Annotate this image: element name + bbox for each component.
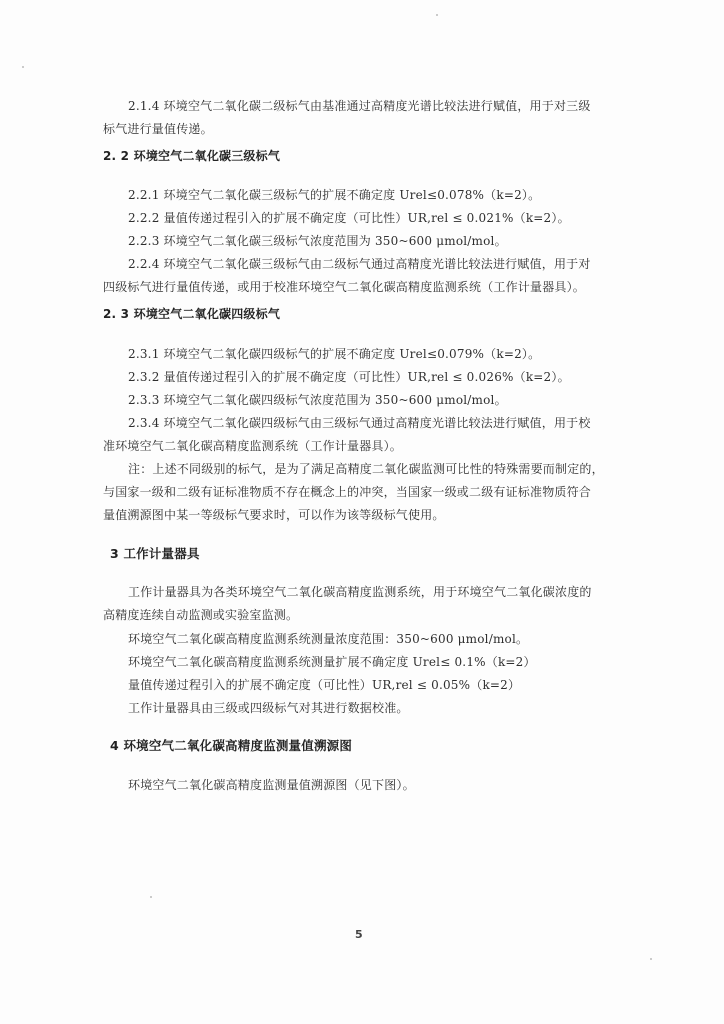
- paragraph-2-3-4-line-1: 2.3.4 环境空气二氧化碳四级标气由三级标气通过高精度光谱比较法进行赋值，用于…: [128, 415, 638, 431]
- paragraph-2-3-1: 2.3.1 环境空气二氧化碳四级标气的扩展不确定度 Urel≤0.079%（k=…: [128, 346, 638, 362]
- scan-speck: [436, 14, 438, 16]
- paragraph-2-3-3: 2.3.3 环境空气二氧化碳四级标气浓度范围为 350~600 μmol/mol…: [128, 392, 638, 408]
- page-number: 5: [355, 928, 363, 941]
- paragraph-2-2-3: 2.2.3 环境空气二氧化碳三级标气浓度范围为 350~600 μmol/mol…: [128, 233, 638, 249]
- paragraph-2-2-4-line-1: 2.2.4 环境空气二氧化碳三级标气由二级标气通过高精度光谱比较法进行赋值，用于…: [128, 256, 638, 272]
- paragraph-2-2-4-line-2: 四级标气进行量值传递，或用于校准环境空气二氧化碳高精度监测系统（工作计量器具）。: [103, 279, 613, 295]
- paragraph-2-2-1: 2.2.1 环境空气二氧化碳三级标气的扩展不确定度 Urel≤0.078%（k=…: [128, 187, 638, 203]
- paragraph-3-range: 环境空气二氧化碳高精度监测系统测量浓度范围：350~600 μmol/mol。: [128, 631, 638, 647]
- paragraph-2-1-4-line-1: 2.1.4 环境空气二氧化碳二级标气由基准通过高精度光谱比较法进行赋值，用于对三…: [128, 98, 638, 114]
- note-line-3: 量值溯源图中某一等级标气要求时，可以作为该等级标气使用。: [103, 507, 613, 523]
- section-heading-4: 4 环境空气二氧化碳高精度监测量值溯源图: [110, 738, 620, 754]
- section-heading-3: 3 工作计量器具: [110, 546, 620, 562]
- paragraph-2-2-2: 2.2.2 量值传递过程引入的扩展不确定度（可比性）UR,rel ≤ 0.021…: [128, 210, 638, 226]
- section-heading-2-3: 2. 3 环境空气二氧化碳四级标气: [103, 306, 613, 322]
- note-line-1: 注：上述不同级别的标气，是为了满足高精度二氧化碳监测可比性的特殊需要而制定的，: [128, 461, 638, 477]
- paragraph-3-line-2: 高精度连续自动监测或实验室监测。: [103, 607, 613, 623]
- paragraph-3-calibration: 工作计量器具由三级或四级标气对其进行数据校准。: [128, 700, 638, 716]
- paragraph-4: 环境空气二氧化碳高精度监测量值溯源图（见下图）。: [128, 777, 638, 793]
- paragraph-3-comparability: 量值传递过程引入的扩展不确定度（可比性）UR,rel ≤ 0.05%（k=2）: [128, 677, 638, 693]
- document-page: 2.1.4 环境空气二氧化碳二级标气由基准通过高精度光谱比较法进行赋值，用于对三…: [0, 0, 724, 1024]
- section-heading-2-2: 2. 2 环境空气二氧化碳三级标气: [103, 148, 613, 164]
- paragraph-2-3-4-line-2: 准环境空气二氧化碳高精度监测系统（工作计量器具）。: [103, 438, 613, 454]
- scan-speck: [650, 958, 652, 960]
- paragraph-3-line-1: 工作计量器具为各类环境空气二氧化碳高精度监测系统，用于环境空气二氧化碳浓度的: [128, 584, 638, 600]
- scan-speck: [22, 66, 24, 68]
- note-line-2: 与国家一级和二级有证标准物质不存在概念上的冲突，当国家一级或二级有证标准物质符合: [103, 484, 613, 500]
- scan-speck: [150, 896, 152, 898]
- paragraph-2-3-2: 2.3.2 量值传递过程引入的扩展不确定度（可比性）UR,rel ≤ 0.026…: [128, 369, 638, 385]
- paragraph-3-uncertainty: 环境空气二氧化碳高精度监测系统测量扩展不确定度 Urel≤ 0.1%（k=2）: [128, 654, 638, 670]
- paragraph-2-1-4-line-2: 标气进行量值传递。: [103, 121, 613, 137]
